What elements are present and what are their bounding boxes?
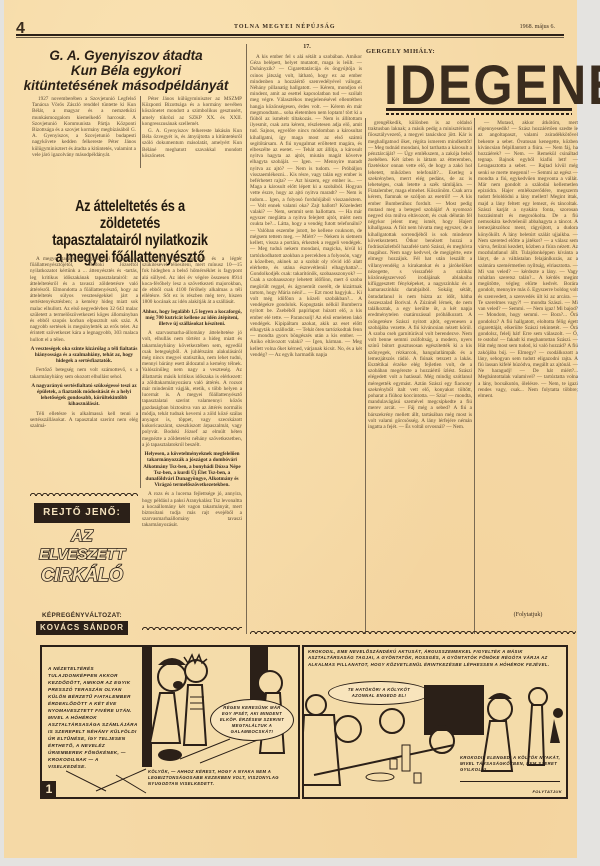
caption-rule [460, 781, 560, 782]
comic-caption: Krokodil, eme nevelőszándékú aktusát, ár… [308, 649, 562, 668]
newspaper-title: TOLNA MEGYEI NÉPÚJSÁG [234, 24, 336, 30]
paragraph: A kis ember fel s alá sétált a szobában.… [250, 54, 362, 358]
column-rule [140, 256, 141, 488]
header-rule-thin [16, 37, 564, 38]
headline-line: tapasztalatairól nyilatkozik [45, 232, 215, 249]
paragraph: grengélkedik, különben is az oldalsó tra… [368, 120, 472, 430]
adaptation-label: KÉPREGÉNYVÁLTOZAT: [34, 612, 130, 619]
article-livestock-col1: A megyei tanács mezőgazdasági osztályána… [30, 256, 138, 488]
speech-bubble-text: Régen keresünk már egy ipsét, aki minden… [219, 705, 285, 735]
comic-bottom-caption: Krokodil elengedi a kölyök nyakát, mivel… [460, 755, 564, 773]
article-gyenyiszov-col2: Péter János külügyminiszter az MSZMP Köz… [142, 96, 242, 168]
headline-line: Kun Béla egykori [12, 63, 240, 78]
comic-continued: FOLYTATJUK [532, 788, 562, 795]
paragraph: Téli elletésre is alkalmassá kell tenni … [30, 411, 138, 430]
paragraph: — Mutasd, akkor átkötöm, mert elgennyese… [478, 120, 578, 399]
paragraph: 1927 novemberében a Szovjetunió Legfelső… [32, 96, 136, 158]
paragraph: A megyei tanács mezőgazdasági osztályána… [30, 256, 138, 343]
paragraph: A rozs és a lucerna fejlettsége jó, anny… [142, 491, 242, 528]
headline-line: G. A. Gyenyiszov átadta [12, 48, 240, 63]
column-rule [140, 96, 141, 168]
headline-line: Az átteleltetés és a zöldetetés [45, 198, 215, 232]
wavy-divider [30, 490, 138, 496]
story-col1: A kis ember fel s alá sétált a szobában.… [250, 54, 362, 634]
panel-number: 1 [42, 781, 56, 797]
novel-title-line: CIRKÁLÓ [34, 565, 130, 585]
article-gyenyiszov-headline: G. A. Gyenyiszov átadta Kun Béla egykori… [12, 48, 240, 93]
paragraph: Péter János külügyminiszter az MSZMP Köz… [142, 96, 242, 127]
column-rule [246, 44, 247, 634]
bold-callout: Ahhoz, hogy legalább 1,5 legyen a kocafo… [142, 309, 242, 328]
article-livestock-col2: bálával, vagy trágyával és a légtér szűk… [142, 256, 242, 624]
novel-author-label: REJTŐ JENŐ: [34, 503, 130, 523]
paragraph: Fertőző betegség nem volt számottevő, s … [30, 367, 138, 379]
article-gyenyiszov-col1: 1927 novemberében a Szovjetunió Legfelső… [32, 96, 136, 168]
to-be-continued: (Folytatjuk) [478, 612, 578, 618]
story-col2: grengélkedik, különben is az oldalsó tra… [368, 120, 472, 630]
bold-callout: A veszteségek oka szinte kizárólag a tél… [30, 346, 138, 365]
story-col3: — Mutasd, akkor átkötöm, mert elgennyese… [478, 120, 578, 610]
comic-illustration-icon [304, 685, 566, 795]
speech-bubble: Régen keresünk már egy ipsét, aki minden… [210, 699, 294, 741]
paragraph: A szarvasmarha-állomány átteleltetése jó… [142, 330, 242, 448]
header-rule [16, 34, 564, 36]
column-rule [474, 118, 475, 634]
title-rule-dashed [386, 113, 572, 115]
headline-line: kitüntetésének másodpéldányát [12, 78, 240, 93]
wavy-divider [250, 628, 576, 634]
comic-bottom-caption: Kölyök, — ahhoz kérest, hogy a nyaka nem… [148, 769, 296, 787]
adapter-name: KOVÁCS SÁNDOR [36, 621, 128, 635]
comic-panel-2: Krokodil, eme nevelőszándékú aktusát, ár… [302, 645, 568, 799]
chapter-number: 17. [250, 44, 364, 50]
novel-title-line: ELVESZETT [34, 545, 130, 565]
wavy-divider [142, 624, 242, 630]
floor-lines-icon [66, 767, 156, 795]
paragraph: G. A. Gyenyiszov felkereste lakásán Kun … [142, 128, 242, 159]
title-rule [386, 108, 572, 111]
bold-callout: A nagyarányú sertésfialtató szükségessé … [30, 383, 138, 408]
paragraph: bálával, vagy trágyával és a légtér szűk… [142, 256, 242, 306]
bold-callout: Helyesen, a követelményeknek megfelelően… [142, 451, 242, 488]
newspaper-page: 4 TOLNA MEGYEI NÉPÚJSÁG 1968. május 6. G… [4, 0, 577, 858]
comic-panel-1: A nézeteltérés tulajdonképpen akkor kezd… [40, 645, 300, 799]
novel-title-line: AZ [34, 528, 130, 545]
column-rule [365, 118, 366, 634]
story-title: IDEGENEK [384, 56, 600, 114]
issue-date: 1968. május 6. [520, 24, 555, 30]
novel-title: AZ ELVESZETT CIRKÁLÓ [34, 528, 130, 585]
comic-caption: A nézeteltérés tulajdonképpen akkor kezd… [48, 665, 138, 770]
